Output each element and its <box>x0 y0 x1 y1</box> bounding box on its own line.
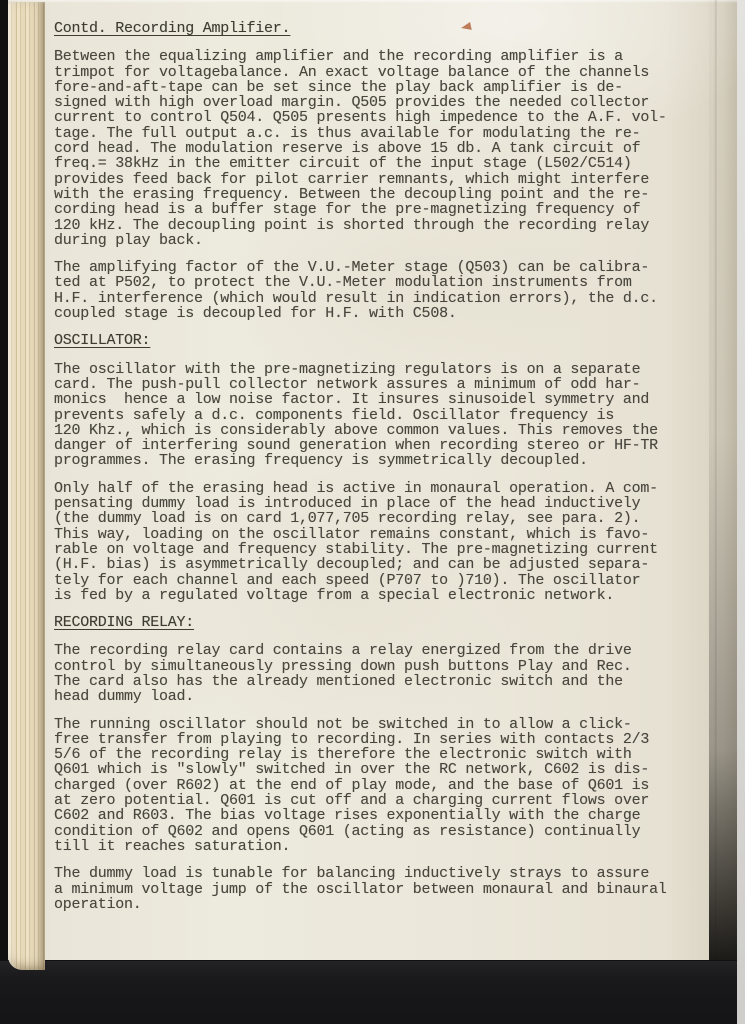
scanner-bed-strip <box>737 0 745 1024</box>
paragraph-recording-relay-2: The running oscillator should not be swi… <box>54 717 714 855</box>
page-title: Contd. Recording Amplifier. <box>54 21 714 36</box>
section-heading-oscillator: OSCILLATOR: <box>54 333 714 348</box>
paragraph-recording-relay-1: The recording relay card contains a rela… <box>54 643 714 704</box>
paragraph-recording-amplifier-1: Between the equalizing amplifier and the… <box>54 49 714 248</box>
paragraph-recording-relay-3: The dummy load is tunable for balancing … <box>54 866 714 912</box>
paragraph-oscillator-2: Only half of the erasing head is active … <box>54 481 714 603</box>
paragraph-recording-amplifier-2: The amplifying factor of the V.U.-Meter … <box>54 260 714 321</box>
page-text: Contd. Recording Amplifier. Between the … <box>54 21 714 924</box>
page-top-edge <box>8 0 737 3</box>
section-heading-recording-relay: RECORDING RELAY: <box>54 615 714 630</box>
paragraph-oscillator-1: The oscillator with the pre-magnetizing … <box>54 362 714 469</box>
scanner-background <box>0 961 737 1024</box>
book-page-stack-edge <box>8 2 45 970</box>
scanned-manual-page: { "document": { "title": "Contd. Recordi… <box>0 0 745 1024</box>
